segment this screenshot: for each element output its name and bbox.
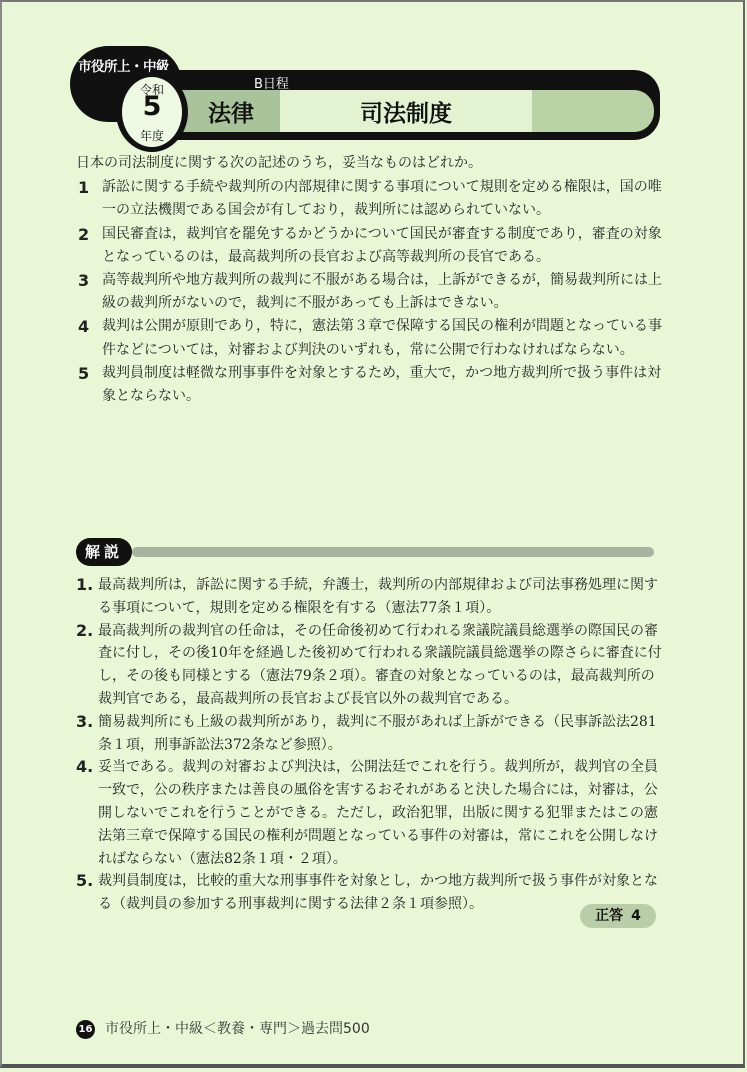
explanation-number: 1.	[76, 574, 93, 597]
choice-number: 3	[78, 269, 89, 292]
year-suffix: 年度	[122, 127, 182, 144]
explanation-number: 4.	[76, 756, 93, 779]
choice-2: 2 国民審査は，裁判官を罷免するかどうかについて国民が審査する制度であり，審査の…	[76, 223, 666, 269]
choice-text: 裁判は公開が原則であり，特に，憲法第３章で保障する国民の権利が問題となっている事…	[102, 315, 666, 361]
explanation-item-5: 5. 裁判員制度は，比較的重大な刑事事件を対象とし，かつ地方裁判所で扱う事件が対…	[76, 870, 666, 916]
year-badge-inner: 令和 5 年度	[122, 77, 182, 147]
correct-answer-badge: 正答4	[580, 904, 656, 928]
explanation-number: 3.	[76, 711, 93, 734]
book-title: 市役所上・中級＜教養・専門＞過去問500	[105, 1021, 370, 1037]
choice-number: 4	[78, 315, 89, 338]
choice-3: 3 高等裁判所や地方裁判所の裁判に不服がある場合は，上訴ができるが，簡易裁判所に…	[76, 269, 666, 315]
title-bar: B日程 法律 司法制度	[150, 70, 660, 140]
explanation-number: 2.	[76, 620, 93, 643]
explanation-item-4: 4. 妥当である。裁判の対審および判決は，公開法廷でこれを行う。裁判所が，裁判官…	[76, 756, 666, 870]
choice-number: 5	[78, 362, 89, 385]
explanation-label: 解説	[76, 538, 132, 566]
choice-5: 5 裁判員制度は軽微な刑事事件を対象とするため，重大で，かつ地方裁判所で扱う事件…	[76, 362, 666, 408]
question: 日本の司法制度に関する次の記述のうち，妥当なものはどれか。 1 訴訟に関する手続…	[76, 152, 666, 408]
page-number: 16	[76, 1020, 95, 1039]
answer-label: 正答	[595, 908, 623, 924]
choice-number: 1	[78, 176, 89, 199]
choice-1: 1 訴訟に関する手続や裁判所の内部規律に関する事項について規則を定める権限は，国…	[76, 176, 666, 222]
subject-title: 法律	[208, 95, 254, 128]
subject-box: 法律	[180, 90, 280, 132]
explanation-text: 簡易裁判所にも上級の裁判所があり，裁判に不服があれば上訴ができる（民事訴訟法28…	[98, 714, 657, 753]
year-badge: 令和 5 年度	[116, 72, 188, 152]
explanation: 1. 最高裁判所は，訴訟に関する手続，弁護士，裁判所の内部規律および司法事務処理…	[76, 574, 666, 916]
page: 市役所上・中級 B日程 法律 司法制度 令和 5 年度 日本の司法制度に関する次…	[0, 0, 745, 1068]
choice-text: 高等裁判所や地方裁判所の裁判に不服がある場合は，上訴ができるが，簡易裁判所には上…	[102, 269, 666, 315]
topic-title: 司法制度	[280, 95, 532, 128]
choice-text: 訴訟に関する手続や裁判所の内部規律に関する事項について規則を定める権限は，国の唯…	[102, 176, 666, 222]
explanation-number: 5.	[76, 870, 93, 893]
question-stem: 日本の司法制度に関する次の記述のうち，妥当なものはどれか。	[76, 152, 666, 175]
explanation-text: 裁判員制度は，比較的重大な刑事事件を対象とし，かつ地方裁判所で扱う事件が対象とな…	[98, 873, 658, 912]
title-band: 法律 司法制度	[180, 90, 654, 132]
topic-box: 司法制度	[280, 90, 532, 132]
explanation-item-1: 1. 最高裁判所は，訴訟に関する手続，弁護士，裁判所の内部規律および司法事務処理…	[76, 574, 666, 620]
answer-value: 4	[631, 908, 641, 924]
explanation-divider	[132, 547, 654, 557]
explanation-text: 最高裁判所の裁判官の任命は，その任命後初めて行われる衆議院議員総選挙の際国民の審…	[98, 623, 662, 707]
explanation-header: 解説	[76, 538, 656, 566]
choice-text: 国民審査は，裁判官を罷免するかどうかについて国民が審査する制度であり，審査の対象…	[102, 223, 666, 269]
year-number: 5	[122, 91, 182, 122]
explanation-item-3: 3. 簡易裁判所にも上級の裁判所があり，裁判に不服があれば上訴ができる（民事訴訟…	[76, 711, 666, 757]
question-header: 市役所上・中級 B日程 法律 司法制度 令和 5 年度	[70, 46, 660, 152]
choice-text: 裁判員制度は軽微な刑事事件を対象とするため，重大で，かつ地方裁判所で扱う事件は対…	[102, 362, 666, 408]
choice-number: 2	[78, 223, 89, 246]
choice-4: 4 裁判は公開が原則であり，特に，憲法第３章で保障する国民の権利が問題となってい…	[76, 315, 666, 361]
explanation-text: 妥当である。裁判の対審および判決は，公開法廷でこれを行う。裁判所が，裁判官の全員…	[98, 759, 658, 866]
explanation-text: 最高裁判所は，訴訟に関する手続，弁護士，裁判所の内部規律および司法事務処理に関す…	[98, 577, 658, 616]
page-footer: 16市役所上・中級＜教養・専門＞過去問500	[76, 1018, 370, 1039]
explanation-item-2: 2. 最高裁判所の裁判官の任命は，その任命後初めて行われる衆議院議員総選挙の際国…	[76, 620, 666, 711]
